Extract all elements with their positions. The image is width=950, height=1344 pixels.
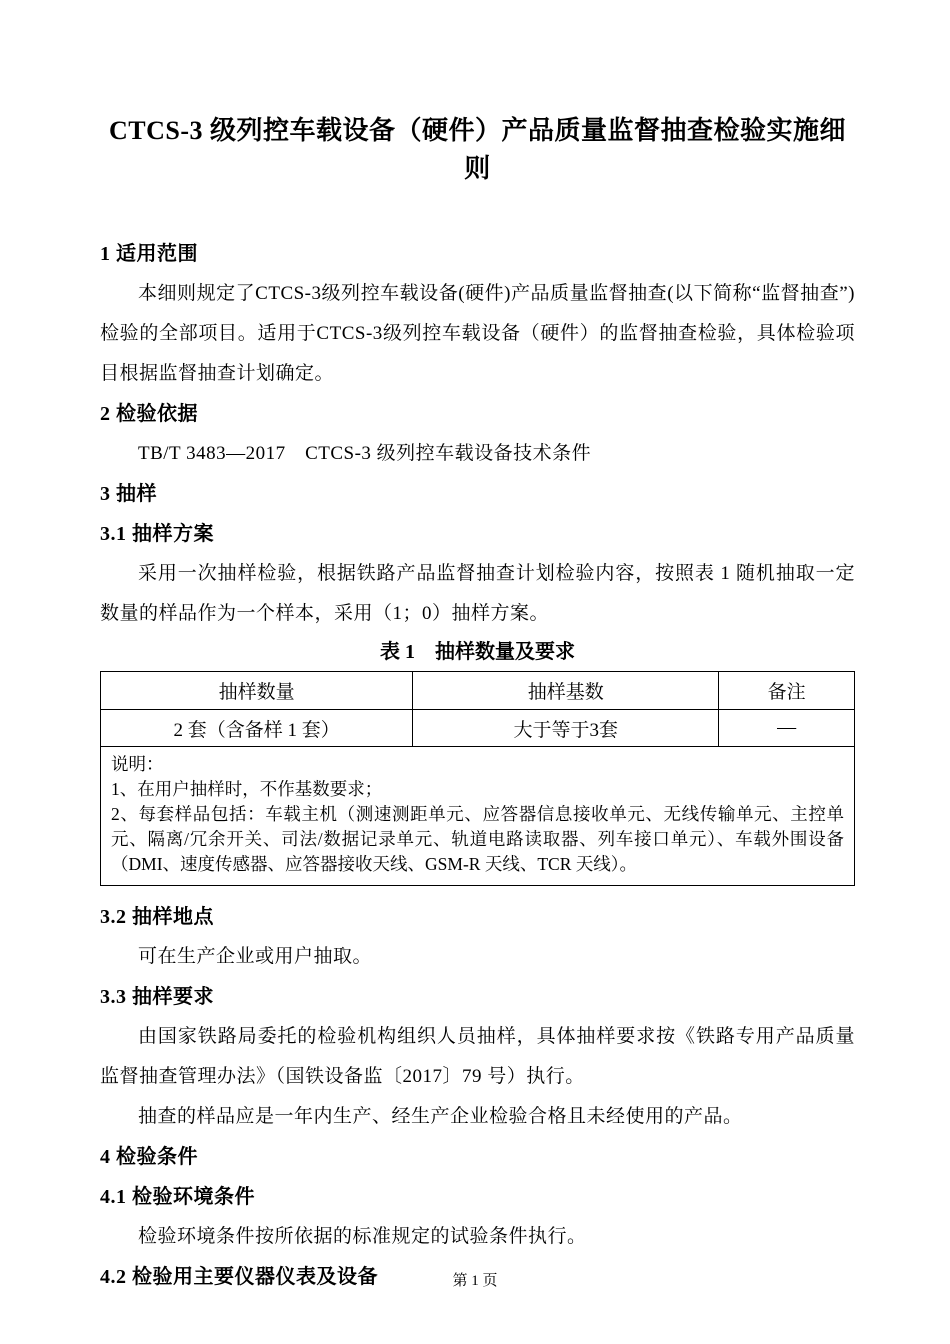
table1-note-item-1: 1、在用户抽样时，不作基数要求；	[111, 777, 844, 802]
table1-note-cell: 说明： 1、在用户抽样时，不作基数要求； 2、每套样品包括：车载主机（测速测距单…	[101, 747, 855, 886]
section-3-3-paragraph-2: 抽查的样品应是一年内生产、经生产企业检验合格且未经使用的产品。	[100, 1097, 855, 1137]
table1-header-quantity: 抽样数量	[101, 672, 413, 710]
section-3-1-paragraph: 采用一次抽样检验，根据铁路产品监督抽查计划检验内容，按照表 1 随机抽取一定数量…	[100, 554, 855, 634]
section-heading-3-1: 3.1 抽样方案	[100, 514, 855, 554]
document-page: CTCS-3 级列控车载设备（硬件）产品质量监督抽查检验实施细则 1 适用范围 …	[0, 0, 950, 1344]
document-content: CTCS-3 级列控车载设备（硬件）产品质量监督抽查检验实施细则 1 适用范围 …	[100, 112, 855, 1297]
section-3-3-paragraph-1: 由国家铁路局委托的检验机构组织人员抽样，具体抽样要求按《铁路专用产品质量监督抽查…	[100, 1017, 855, 1097]
section-heading-2: 2 检验依据	[100, 394, 855, 434]
table1-note-label: 说明：	[111, 752, 844, 777]
table1-cell-quantity: 2 套（含备样 1 套）	[101, 710, 413, 747]
section-heading-3-2: 3.2 抽样地点	[100, 897, 855, 937]
table1-note-row: 说明： 1、在用户抽样时，不作基数要求； 2、每套样品包括：车载主机（测速测距单…	[101, 747, 855, 886]
table1-header-remark: 备注	[719, 672, 855, 710]
table1: 抽样数量 抽样基数 备注 2 套（含备样 1 套） 大于等于3套 — 说明： 1…	[100, 671, 855, 886]
table1-header-row: 抽样数量 抽样基数 备注	[101, 672, 855, 710]
table1-note-item-2: 2、每套样品包括：车载主机（测速测距单元、应答器信息接收单元、无线传输单元、主控…	[111, 802, 844, 877]
section-heading-4: 4 检验条件	[100, 1137, 855, 1177]
section-2-paragraph: TB/T 3483—2017 CTCS-3 级列控车载设备技术条件	[100, 434, 855, 474]
page-number: 第 1 页	[0, 1272, 950, 1290]
section-4-1-paragraph: 检验环境条件按所依据的标准规定的试验条件执行。	[100, 1217, 855, 1257]
table1-header-base: 抽样基数	[413, 672, 719, 710]
section-heading-3: 3 抽样	[100, 474, 855, 514]
table1-cell-base: 大于等于3套	[413, 710, 719, 747]
section-heading-4-1: 4.1 检验环境条件	[100, 1177, 855, 1217]
table1-caption: 表 1 抽样数量及要求	[100, 634, 855, 671]
table1-cell-remark: —	[719, 710, 855, 747]
table1-data-row: 2 套（含备样 1 套） 大于等于3套 —	[101, 710, 855, 747]
section-heading-1: 1 适用范围	[100, 234, 855, 274]
section-heading-3-3: 3.3 抽样要求	[100, 977, 855, 1017]
document-title: CTCS-3 级列控车载设备（硬件）产品质量监督抽查检验实施细则	[100, 112, 855, 188]
section-3-2-paragraph: 可在生产企业或用户抽取。	[100, 937, 855, 977]
section-1-paragraph: 本细则规定了CTCS-3级列控车载设备(硬件)产品质量监督抽查(以下简称“监督抽…	[100, 274, 855, 394]
